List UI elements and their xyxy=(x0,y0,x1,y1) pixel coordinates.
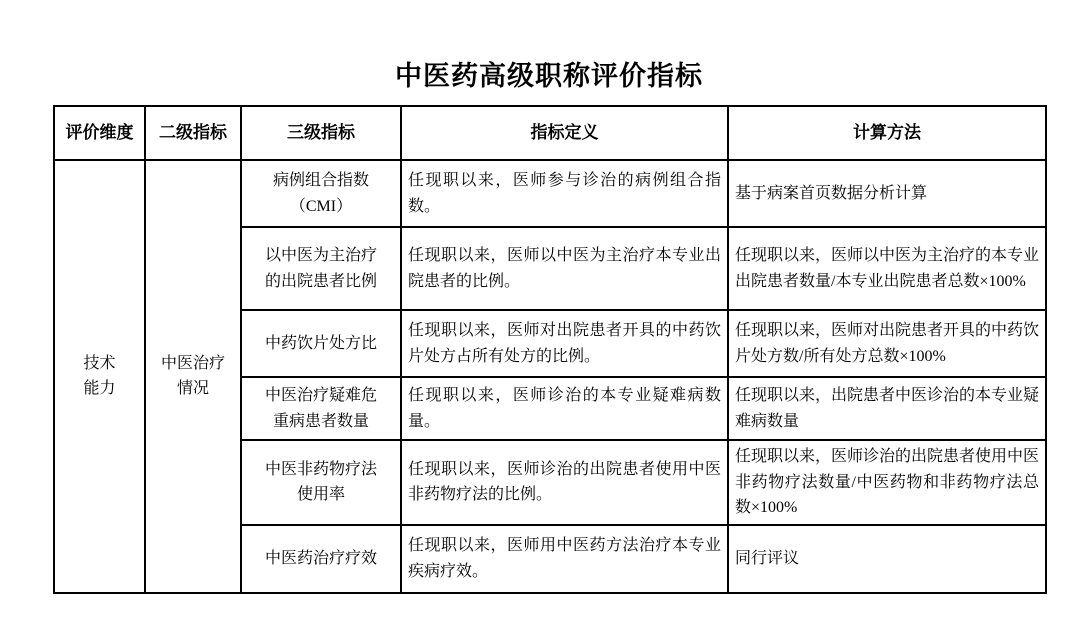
cell-definition: 任现职以来，医师以中医为主治疗本专业出院患者的比例。 xyxy=(401,227,728,310)
cell-method: 任现职以来，医师对出院患者开具的中药饮片处方数/所有处方总数×100% xyxy=(728,310,1046,377)
cell-definition: 任现职以来，医师诊治的本专业疑难病数量。 xyxy=(401,377,728,440)
header-calculation-method: 计算方法 xyxy=(728,106,1046,160)
header-tertiary-indicator: 三级指标 xyxy=(241,106,401,160)
cell-method: 任现职以来，出院患者中医诊治的本专业疑难病数量 xyxy=(728,377,1046,440)
cell-indicator: 病例组合指数 （CMI） xyxy=(241,160,401,227)
header-secondary-indicator: 二级指标 xyxy=(145,106,241,160)
cell-method: 任现职以来，医师诊治的出院患者使用中医非药物疗法数量/中医药物和非药物疗法总数×… xyxy=(728,440,1046,525)
cell-indicator: 以中医为主治疗 的出院患者比例 xyxy=(241,227,401,310)
cell-definition: 任现职以来，医师用中医药方法治疗本专业疾病疗效。 xyxy=(401,525,728,593)
document-title: 中医药高级职称评价指标 xyxy=(53,0,1045,105)
table-row: 技术 能力 中医治疗 情况 病例组合指数 （CMI） 任现职以来，医师参与诊治的… xyxy=(54,160,1046,227)
cell-indicator: 中医非药物疗法 使用率 xyxy=(241,440,401,525)
table-header-row: 评价维度 二级指标 三级指标 指标定义 计算方法 xyxy=(54,106,1046,160)
cell-method: 同行评议 xyxy=(728,525,1046,593)
cell-indicator: 中医治疗疑难危 重病患者数量 xyxy=(241,377,401,440)
cell-indicator: 中药饮片处方比 xyxy=(241,310,401,377)
cell-definition: 任现职以来，医师对出院患者开具的中药饮片处方占所有处方的比例。 xyxy=(401,310,728,377)
header-evaluation-dimension: 评价维度 xyxy=(54,106,145,160)
header-indicator-definition: 指标定义 xyxy=(401,106,728,160)
cell-secondary-indicator: 中医治疗 情况 xyxy=(145,160,241,593)
cell-dimension: 技术 能力 xyxy=(54,160,145,593)
cell-indicator: 中医药治疗疗效 xyxy=(241,525,401,593)
cell-method: 任现职以来，医师以中医为主治疗的本专业出院患者数量/本专业出院患者总数×100% xyxy=(728,227,1046,310)
document-page: 中医药高级职称评价指标 评价维度 二级指标 三级指标 指标定义 计算方法 技术 … xyxy=(0,0,1083,620)
cell-method: 基于病案首页数据分析计算 xyxy=(728,160,1046,227)
cell-definition: 任现职以来，医师诊治的出院患者使用中医非药物疗法的比例。 xyxy=(401,440,728,525)
evaluation-indicator-table: 评价维度 二级指标 三级指标 指标定义 计算方法 技术 能力 中医治疗 情况 病… xyxy=(53,105,1047,594)
cell-definition: 任现职以来，医师参与诊治的病例组合指数。 xyxy=(401,160,728,227)
